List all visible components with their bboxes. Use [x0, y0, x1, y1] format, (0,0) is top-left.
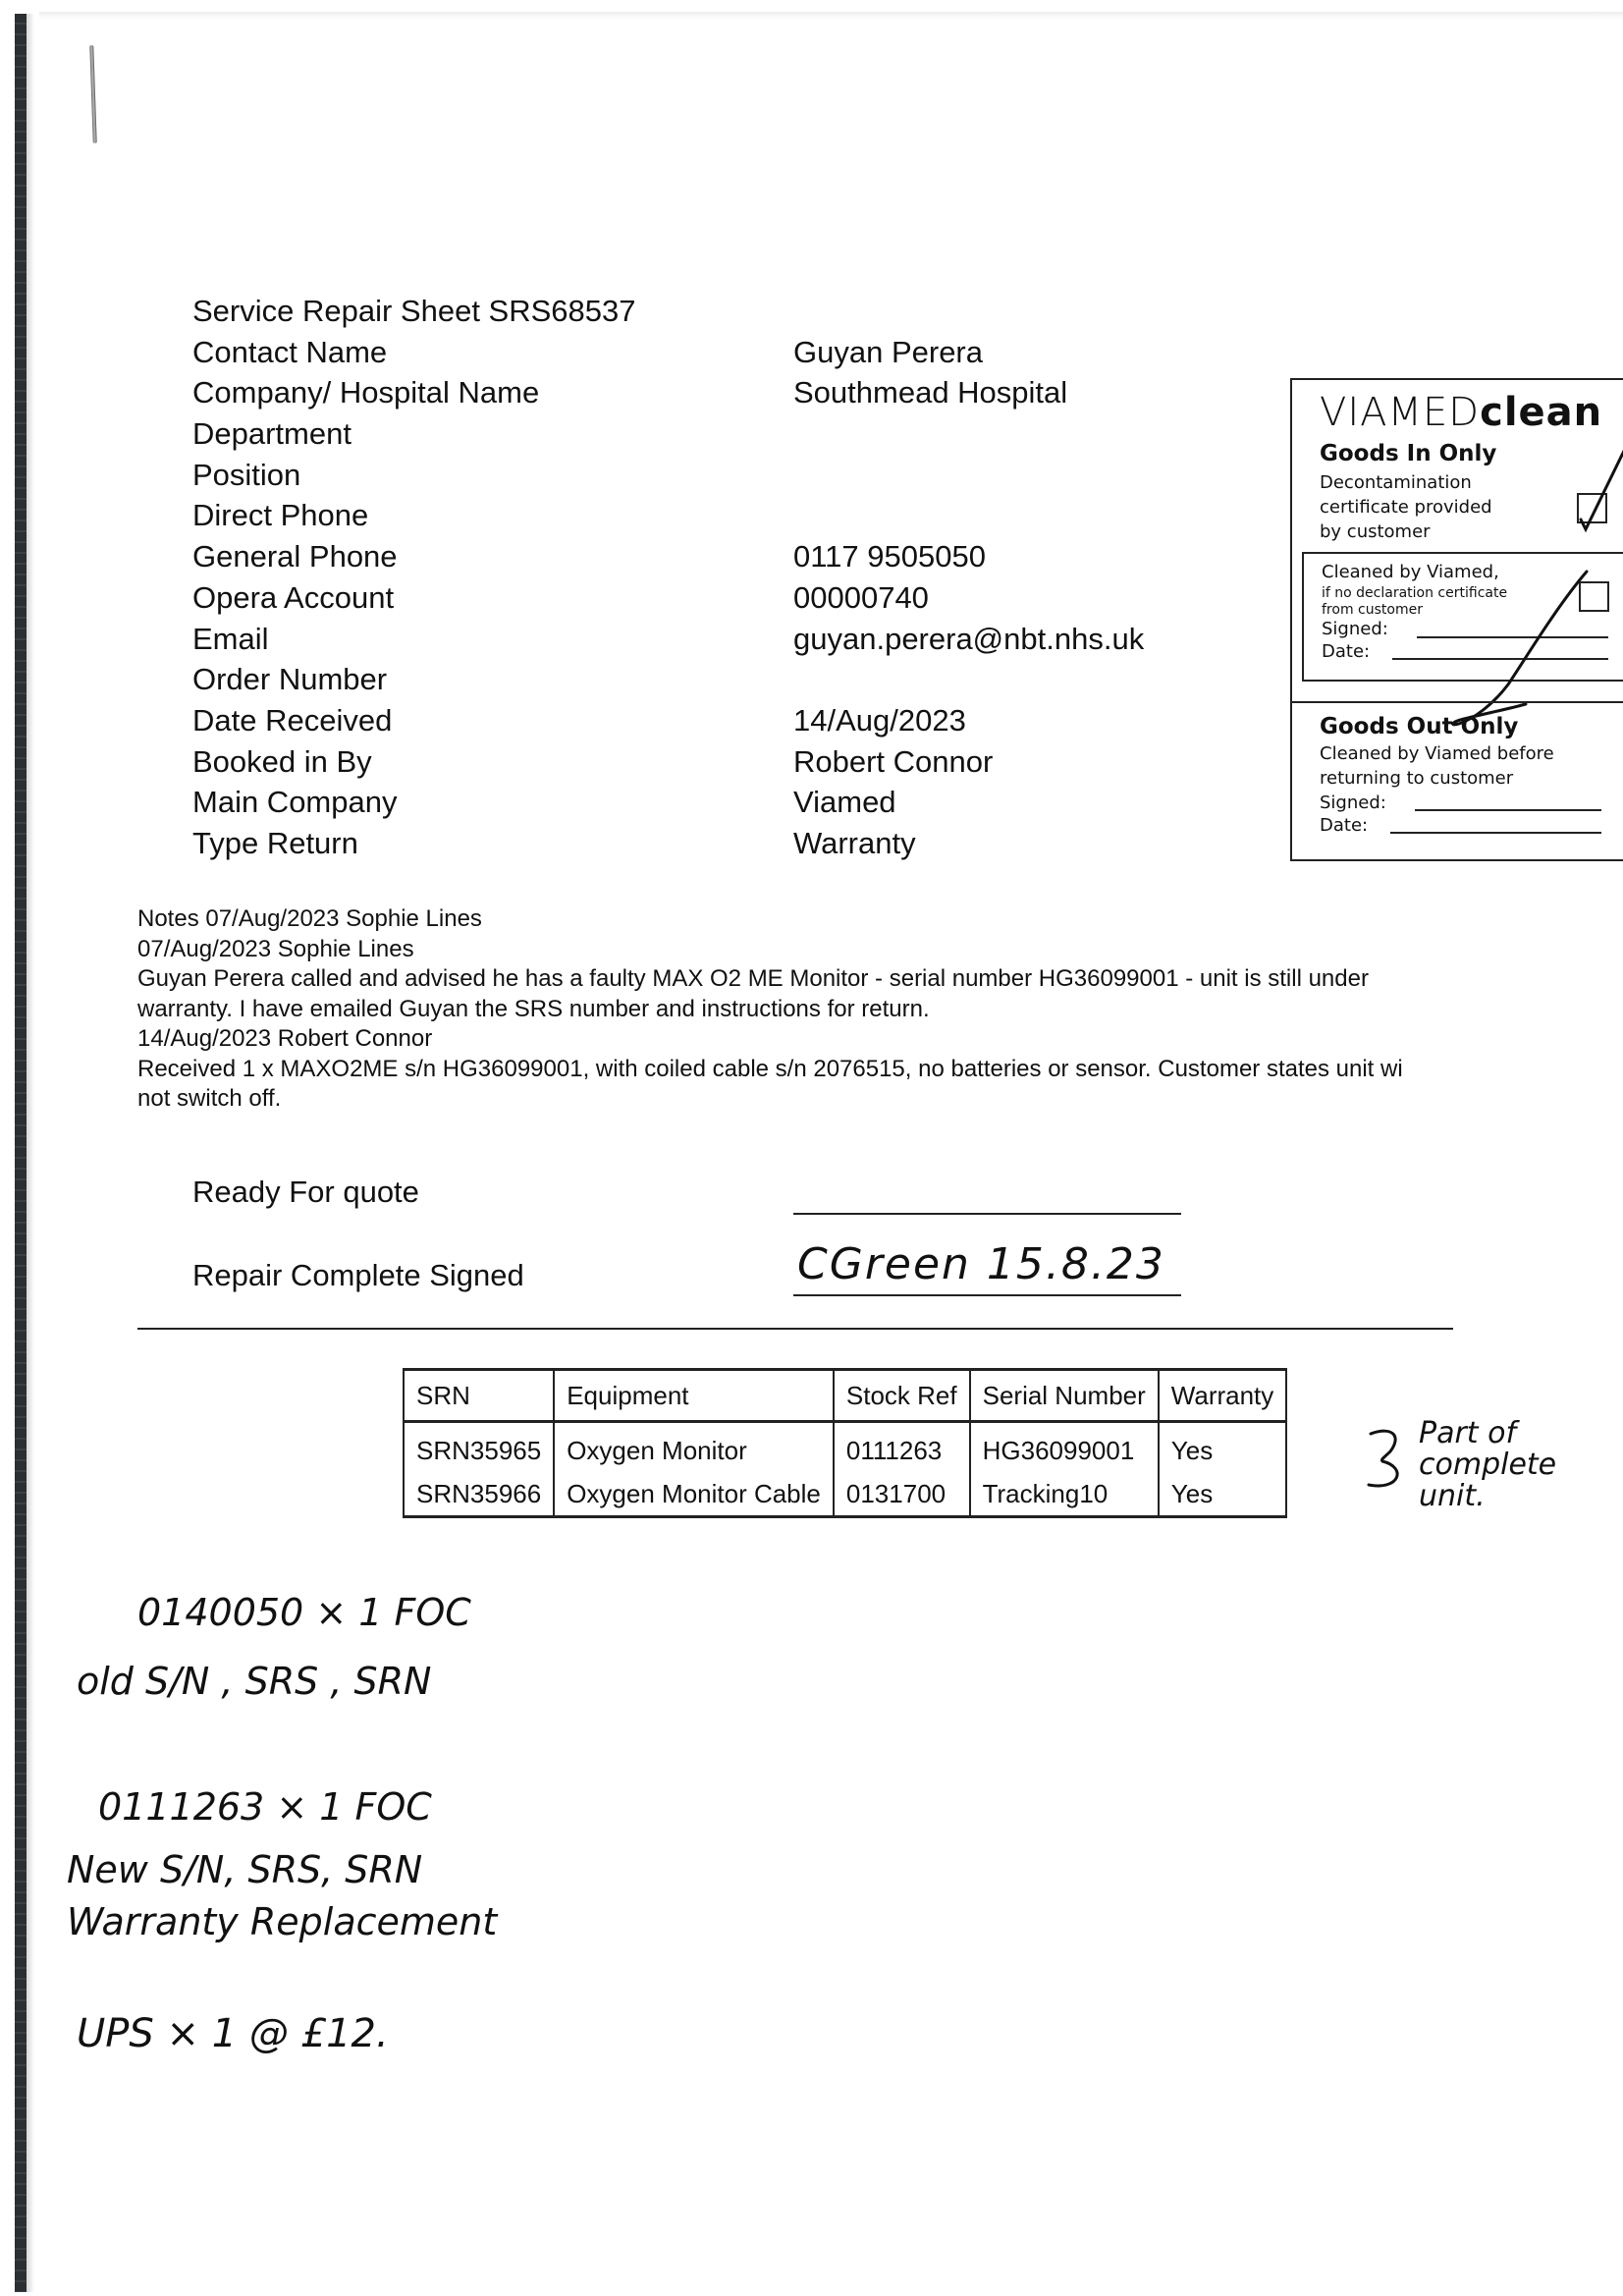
note-line: Guyan Perera called and advised he has a…: [137, 964, 1623, 995]
handwritten-line-6: UPS × 1 @ £12.: [77, 2011, 389, 2056]
goods-out-date-label: Date:: [1320, 813, 1368, 838]
field-label: Direct Phone: [192, 495, 793, 536]
field-label: Booked in By: [192, 741, 793, 783]
goods-out-heading: Goods Out Only: [1320, 714, 1518, 739]
note-line: warranty. I have emailed Guyan the SRS n…: [137, 995, 1623, 1025]
field-row: Opera Account00000740: [192, 577, 1144, 619]
field-row: Order Number: [192, 659, 1144, 700]
table-cell: SRN35966: [404, 1472, 554, 1517]
table-row: SRN35965Oxygen Monitor0111263HG36099001Y…: [404, 1422, 1286, 1473]
column-header: Stock Ref: [834, 1370, 970, 1422]
scan-edge-shadow: [27, 14, 34, 2292]
table-cell: Yes: [1159, 1422, 1287, 1473]
field-row: Direct Phone: [192, 495, 1144, 536]
note-line: Notes 07/Aug/2023 Sophie Lines: [137, 904, 1623, 935]
field-value: 00000740: [793, 577, 929, 619]
note-line: 07/Aug/2023 Sophie Lines: [137, 935, 1623, 965]
field-row: Position: [192, 455, 1144, 496]
items-table: SRNEquipmentStock RefSerial NumberWarran…: [403, 1368, 1287, 1518]
field-list: Contact NameGuyan PereraCompany/ Hospita…: [192, 332, 1144, 864]
table-cell: Tracking10: [970, 1472, 1159, 1517]
field-value: 14/Aug/2023: [793, 700, 966, 741]
field-label: Company/ Hospital Name: [192, 372, 793, 413]
cleaned-signed-label: Signed:: [1322, 617, 1388, 641]
staple-mark: [89, 45, 96, 143]
goods-in-heading: Goods In Only: [1320, 441, 1496, 466]
goods-out-text-2: returning to customer: [1320, 766, 1513, 791]
field-label: Contact Name: [192, 332, 793, 373]
field-value: Southmead Hospital: [793, 372, 1067, 413]
viamedclean-logo: VIAMEDclean: [1320, 390, 1602, 435]
handwritten-line-5: Warranty Replacement: [67, 1900, 497, 1943]
goods-out-date-line: [1390, 832, 1601, 834]
brace-mark: [1363, 1426, 1412, 1495]
scan-top-shadow: [39, 12, 1623, 20]
handwritten-line-2: old S/N , SRS , SRN: [77, 1660, 431, 1703]
goods-in-text-2: certificate provided: [1320, 495, 1492, 519]
field-label: Date Received: [192, 700, 793, 741]
scan-binding-edge: [15, 14, 27, 2292]
goods-in-text-3: by customer: [1320, 519, 1431, 544]
table-cell: Oxygen Monitor Cable: [554, 1472, 834, 1517]
field-label: Email: [192, 619, 793, 660]
table-cell: Yes: [1159, 1472, 1287, 1517]
checkmark-icon: [1569, 439, 1623, 537]
field-row: Department: [192, 413, 1144, 455]
field-label: Opera Account: [192, 577, 793, 619]
repair-complete-label: Repair Complete Signed: [192, 1258, 524, 1293]
note-line: 14/Aug/2023 Robert Connor: [137, 1024, 1623, 1055]
notes-section: Notes 07/Aug/2023 Sophie Lines07/Aug/202…: [137, 904, 1623, 1115]
field-label: Type Return: [192, 823, 793, 864]
field-row: Date Received14/Aug/2023: [192, 700, 1144, 741]
field-row: General Phone0117 9505050: [192, 536, 1144, 577]
ready-for-quote-label: Ready For quote: [192, 1175, 419, 1210]
table-cell: SRN35965: [404, 1422, 554, 1473]
field-row: Type ReturnWarranty: [192, 823, 1144, 864]
table-cell: Oxygen Monitor: [554, 1422, 834, 1473]
goods-out-signed-label: Signed:: [1320, 791, 1386, 815]
section-rule: [137, 1328, 1453, 1330]
stamp-divider: [1292, 701, 1623, 703]
table-cell: 0111263: [834, 1422, 970, 1473]
field-row: Contact NameGuyan Perera: [192, 332, 1144, 373]
field-value: guyan.perera@nbt.nhs.uk: [793, 619, 1144, 660]
handwritten-table-note: Part of complete unit.: [1419, 1418, 1556, 1512]
field-label: Department: [192, 413, 793, 455]
field-label: General Phone: [192, 536, 793, 577]
sheet-title: Service Repair Sheet SRS68537: [192, 291, 1144, 332]
table-row: SRN35966Oxygen Monitor Cable0131700Track…: [404, 1472, 1286, 1517]
field-row: Company/ Hospital NameSouthmead Hospital: [192, 372, 1144, 413]
goods-in-text-1: Decontamination: [1320, 470, 1472, 495]
goods-out-text-1: Cleaned by Viamed before: [1320, 741, 1554, 766]
column-header: Serial Number: [970, 1370, 1159, 1422]
ready-for-quote-line[interactable]: [793, 1213, 1181, 1215]
table-cell: HG36099001: [970, 1422, 1159, 1473]
table-header-row: SRNEquipmentStock RefSerial NumberWarran…: [404, 1370, 1286, 1422]
field-label: Position: [192, 455, 793, 496]
repair-complete-signature: CGreen 15.8.23: [797, 1239, 1165, 1289]
field-row: Main CompanyViamed: [192, 782, 1144, 823]
field-value: 0117 9505050: [793, 536, 986, 577]
column-header: Equipment: [554, 1370, 834, 1422]
field-label: Main Company: [192, 782, 793, 823]
strike-through-mark: [1439, 567, 1596, 734]
header-block: Service Repair Sheet SRS68537 Contact Na…: [192, 291, 1144, 864]
handwritten-line-4: New S/N, SRS, SRN: [67, 1848, 422, 1891]
column-header: SRN: [404, 1370, 554, 1422]
column-header: Warranty: [1159, 1370, 1287, 1422]
field-value: Robert Connor: [793, 741, 993, 783]
field-value: Warranty: [793, 823, 916, 864]
field-row: Emailguyan.perera@nbt.nhs.uk: [192, 619, 1144, 660]
goods-out-signed-line: [1415, 809, 1601, 811]
table-cell: 0131700: [834, 1472, 970, 1517]
handwritten-line-3: 0111263 × 1 FOC: [98, 1785, 432, 1829]
viamedclean-stamp: VIAMEDclean Goods In Only Decontaminatio…: [1290, 378, 1623, 861]
repair-complete-line[interactable]: [793, 1294, 1181, 1296]
handwritten-line-1: 0140050 × 1 FOC: [137, 1591, 471, 1634]
field-value: Guyan Perera: [793, 332, 983, 373]
cleaned-date-label: Date:: [1322, 639, 1370, 664]
field-label: Order Number: [192, 659, 793, 700]
field-row: Booked in ByRobert Connor: [192, 741, 1144, 783]
note-line: not switch off.: [137, 1084, 1623, 1115]
field-value: Viamed: [793, 782, 896, 823]
note-line: Received 1 x MAXO2ME s/n HG36099001, wit…: [137, 1055, 1623, 1085]
